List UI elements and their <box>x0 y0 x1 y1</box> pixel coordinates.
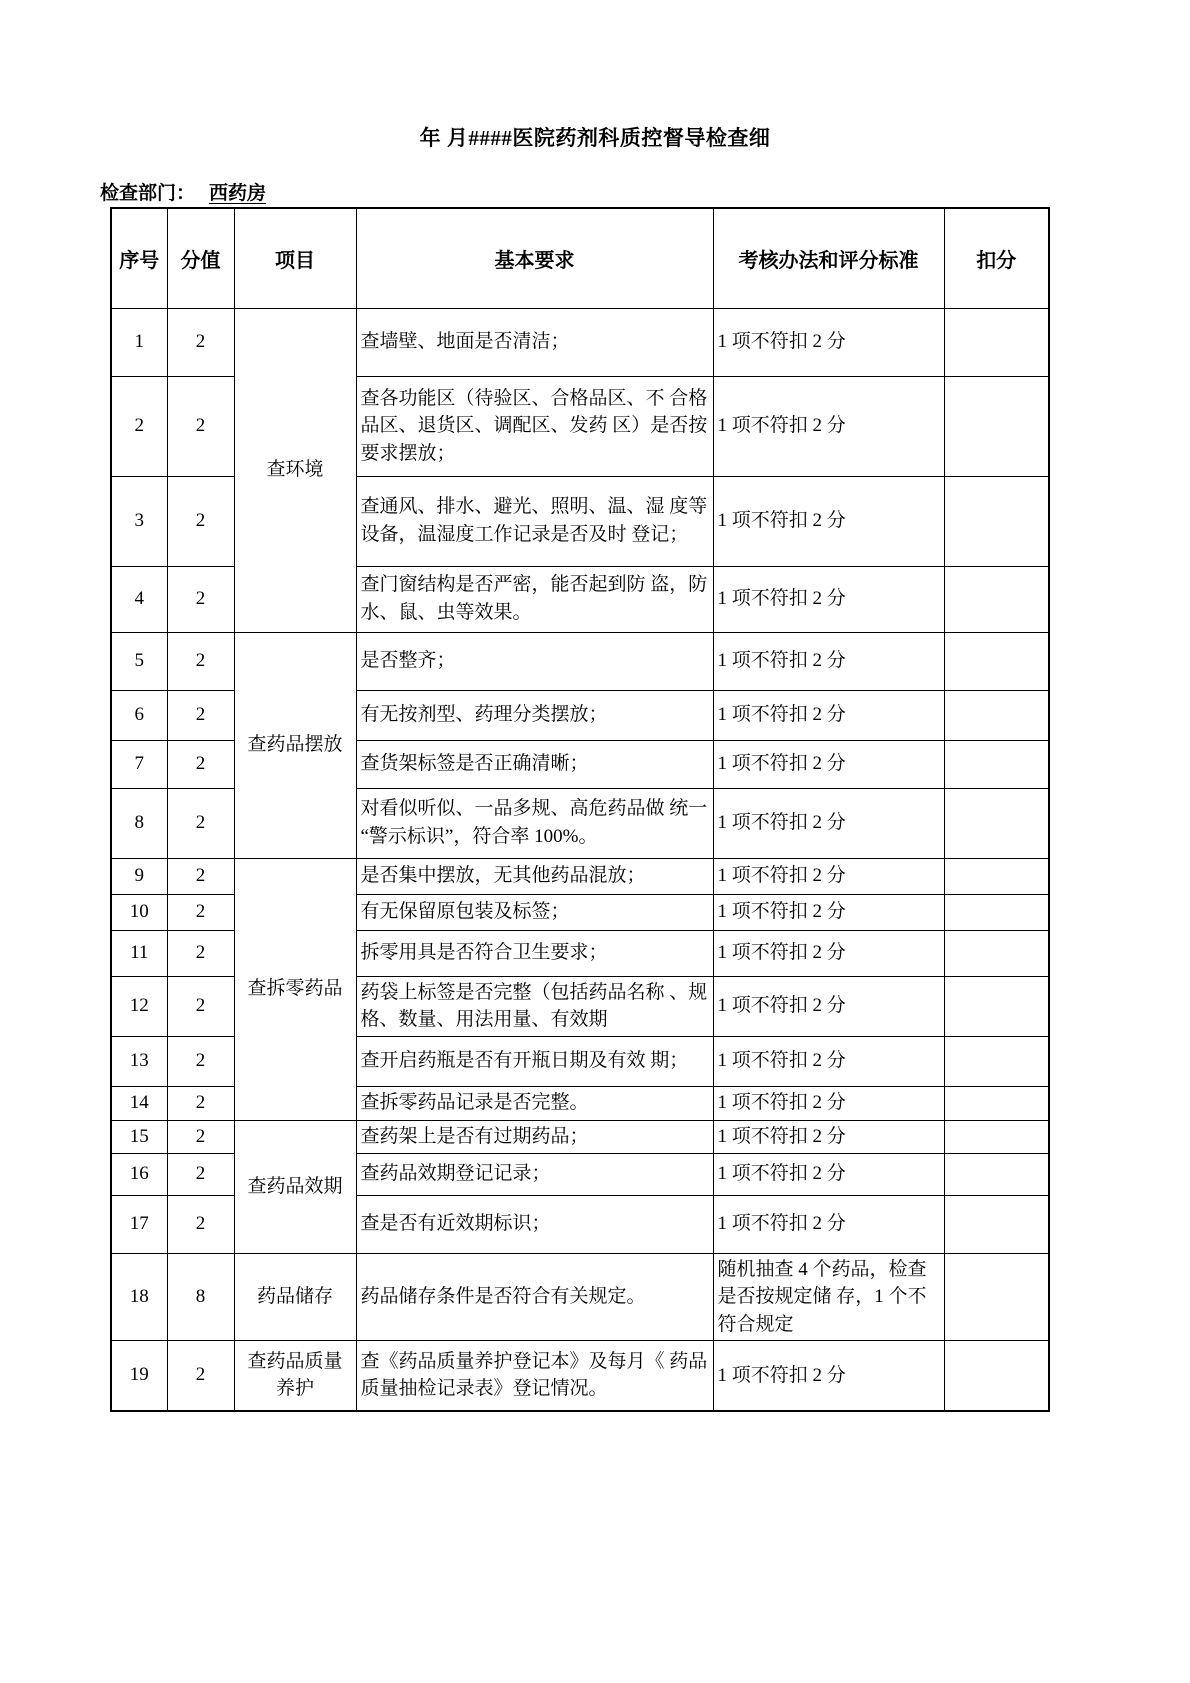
requirement-cell: 查门窗结构是否严密，能否起到防 盗，防水、鼠、虫等效果。 <box>356 566 713 632</box>
row-score: 2 <box>167 976 234 1036</box>
deduction-cell <box>944 1086 1049 1120</box>
method-cell: 1 项不符扣 2 分 <box>713 894 944 930</box>
row-number: 9 <box>111 858 167 894</box>
row-number: 3 <box>111 476 167 566</box>
table-row: 5 2 查药品摆放 是否整齐； 1 项不符扣 2 分 <box>111 632 1049 690</box>
row-score: 2 <box>167 476 234 566</box>
header-score: 分值 <box>167 208 234 308</box>
department-line: 检查部门：西药房 <box>100 178 266 205</box>
row-number: 19 <box>111 1341 167 1411</box>
deduction-cell <box>944 858 1049 894</box>
deduction-cell <box>944 1120 1049 1153</box>
requirement-cell: 查墙壁、地面是否清洁； <box>356 308 713 376</box>
department-value: 西药房 <box>209 183 266 204</box>
row-score: 2 <box>167 740 234 788</box>
row-number: 17 <box>111 1195 167 1253</box>
header-requirement: 基本要求 <box>356 208 713 308</box>
method-cell: 1 项不符扣 2 分 <box>713 1036 944 1086</box>
method-cell: 1 项不符扣 2 分 <box>713 1120 944 1153</box>
row-number: 12 <box>111 976 167 1036</box>
deduction-cell <box>944 308 1049 376</box>
requirement-cell: 查拆零药品记录是否完整。 <box>356 1086 713 1120</box>
row-number: 13 <box>111 1036 167 1086</box>
deduction-cell <box>944 632 1049 690</box>
table-row: 19 2 查药品质量养护 查《药品质量养护登记本》及每月《 药品质量抽检记录表》… <box>111 1341 1049 1411</box>
row-score: 2 <box>167 690 234 740</box>
requirement-cell: 拆零用具是否符合卫生要求； <box>356 930 713 976</box>
deduction-cell <box>944 894 1049 930</box>
method-cell: 1 项不符扣 2 分 <box>713 476 944 566</box>
row-score: 2 <box>167 1120 234 1153</box>
row-number: 15 <box>111 1120 167 1153</box>
method-cell: 1 项不符扣 2 分 <box>713 976 944 1036</box>
header-method: 考核办法和评分标准 <box>713 208 944 308</box>
row-number: 8 <box>111 788 167 858</box>
method-cell: 1 项不符扣 2 分 <box>713 740 944 788</box>
deduction-cell <box>944 976 1049 1036</box>
row-number: 14 <box>111 1086 167 1120</box>
method-cell: 1 项不符扣 2 分 <box>713 858 944 894</box>
method-cell: 1 项不符扣 2 分 <box>713 632 944 690</box>
row-score: 2 <box>167 1086 234 1120</box>
row-number: 18 <box>111 1253 167 1341</box>
method-cell: 1 项不符扣 2 分 <box>713 690 944 740</box>
deduction-cell <box>944 1195 1049 1253</box>
method-cell: 1 项不符扣 2 分 <box>713 930 944 976</box>
inspection-table: 序号 分值 项目 基本要求 考核办法和评分标准 扣分 1 2 查环境 查墙壁、地… <box>110 207 1050 1412</box>
category-cell: 查环境 <box>234 308 356 632</box>
row-number: 6 <box>111 690 167 740</box>
category-cell: 查药品质量养护 <box>234 1341 356 1411</box>
deduction-cell <box>944 1341 1049 1411</box>
requirement-cell: 查是否有近效期标识； <box>356 1195 713 1253</box>
table-row: 15 2 查药品效期 查药架上是否有过期药品； 1 项不符扣 2 分 <box>111 1120 1049 1153</box>
table-row: 1 2 查环境 查墙壁、地面是否清洁； 1 项不符扣 2 分 <box>111 308 1049 376</box>
method-cell: 1 项不符扣 2 分 <box>713 788 944 858</box>
row-number: 1 <box>111 308 167 376</box>
deduction-cell <box>944 930 1049 976</box>
requirement-cell: 查《药品质量养护登记本》及每月《 药品质量抽检记录表》登记情况。 <box>356 1341 713 1411</box>
header-serial: 序号 <box>111 208 167 308</box>
row-number: 7 <box>111 740 167 788</box>
method-cell: 随机抽查 4 个药品，检查是否按规定储 存，1 个不符合规定 <box>713 1253 944 1341</box>
requirement-cell: 是否整齐； <box>356 632 713 690</box>
page-title: 年 月####医院药剂科质控督导检查细 <box>0 122 1190 152</box>
requirement-cell: 查通风、排水、避光、照明、温、湿 度等设备，温湿度工作记录是否及时 登记； <box>356 476 713 566</box>
method-cell: 1 项不符扣 2 分 <box>713 1153 944 1195</box>
row-number: 10 <box>111 894 167 930</box>
category-cell: 查药品效期 <box>234 1120 356 1253</box>
deduction-cell <box>944 690 1049 740</box>
row-score: 2 <box>167 632 234 690</box>
header-deduction: 扣分 <box>944 208 1049 308</box>
category-cell: 药品储存 <box>234 1253 356 1341</box>
row-score: 2 <box>167 1341 234 1411</box>
row-score: 2 <box>167 930 234 976</box>
deduction-cell <box>944 476 1049 566</box>
deduction-cell <box>944 788 1049 858</box>
table-row: 9 2 查拆零药品 是否集中摆放，无其他药品混放； 1 项不符扣 2 分 <box>111 858 1049 894</box>
method-cell: 1 项不符扣 2 分 <box>713 1195 944 1253</box>
table-header-row: 序号 分值 项目 基本要求 考核办法和评分标准 扣分 <box>111 208 1049 308</box>
header-item: 项目 <box>234 208 356 308</box>
deduction-cell <box>944 1153 1049 1195</box>
row-score: 2 <box>167 376 234 476</box>
requirement-cell: 有无按剂型、药理分类摆放； <box>356 690 713 740</box>
row-number: 4 <box>111 566 167 632</box>
row-score: 2 <box>167 894 234 930</box>
row-number: 11 <box>111 930 167 976</box>
method-cell: 1 项不符扣 2 分 <box>713 1341 944 1411</box>
requirement-cell: 查各功能区（待验区、合格品区、不 合格品区、退货区、调配区、发药 区）是否按要求… <box>356 376 713 476</box>
deduction-cell <box>944 376 1049 476</box>
method-cell: 1 项不符扣 2 分 <box>713 308 944 376</box>
row-score: 8 <box>167 1253 234 1341</box>
requirement-cell: 药袋上标签是否完整（包括药品名称 、规格、数量、用法用量、有效期 <box>356 976 713 1036</box>
method-cell: 1 项不符扣 2 分 <box>713 1086 944 1120</box>
requirement-cell: 查药架上是否有过期药品； <box>356 1120 713 1153</box>
deduction-cell <box>944 740 1049 788</box>
method-cell: 1 项不符扣 2 分 <box>713 566 944 632</box>
row-number: 2 <box>111 376 167 476</box>
row-score: 2 <box>167 1195 234 1253</box>
table-row: 18 8 药品储存 药品储存条件是否符合有关规定。 随机抽查 4 个药品，检查是… <box>111 1253 1049 1341</box>
method-cell: 1 项不符扣 2 分 <box>713 376 944 476</box>
row-score: 2 <box>167 1153 234 1195</box>
requirement-cell: 对看似听似、一品多规、高危药品做 统一 “警示标识”，符合率 100%。 <box>356 788 713 858</box>
requirement-cell: 有无保留原包装及标签； <box>356 894 713 930</box>
row-score: 2 <box>167 858 234 894</box>
row-score: 2 <box>167 788 234 858</box>
row-number: 16 <box>111 1153 167 1195</box>
deduction-cell <box>944 566 1049 632</box>
category-cell: 查药品摆放 <box>234 632 356 858</box>
requirement-cell: 查开启药瓶是否有开瓶日期及有效 期； <box>356 1036 713 1086</box>
category-cell: 查拆零药品 <box>234 858 356 1120</box>
requirement-cell: 是否集中摆放，无其他药品混放； <box>356 858 713 894</box>
requirement-cell: 药品储存条件是否符合有关规定。 <box>356 1253 713 1341</box>
deduction-cell <box>944 1253 1049 1341</box>
requirement-cell: 查货架标签是否正确清晰； <box>356 740 713 788</box>
row-number: 5 <box>111 632 167 690</box>
row-score: 2 <box>167 1036 234 1086</box>
row-score: 2 <box>167 566 234 632</box>
row-score: 2 <box>167 308 234 376</box>
deduction-cell <box>944 1036 1049 1086</box>
requirement-cell: 查药品效期登记记录； <box>356 1153 713 1195</box>
department-label: 检查部门： <box>100 183 195 204</box>
